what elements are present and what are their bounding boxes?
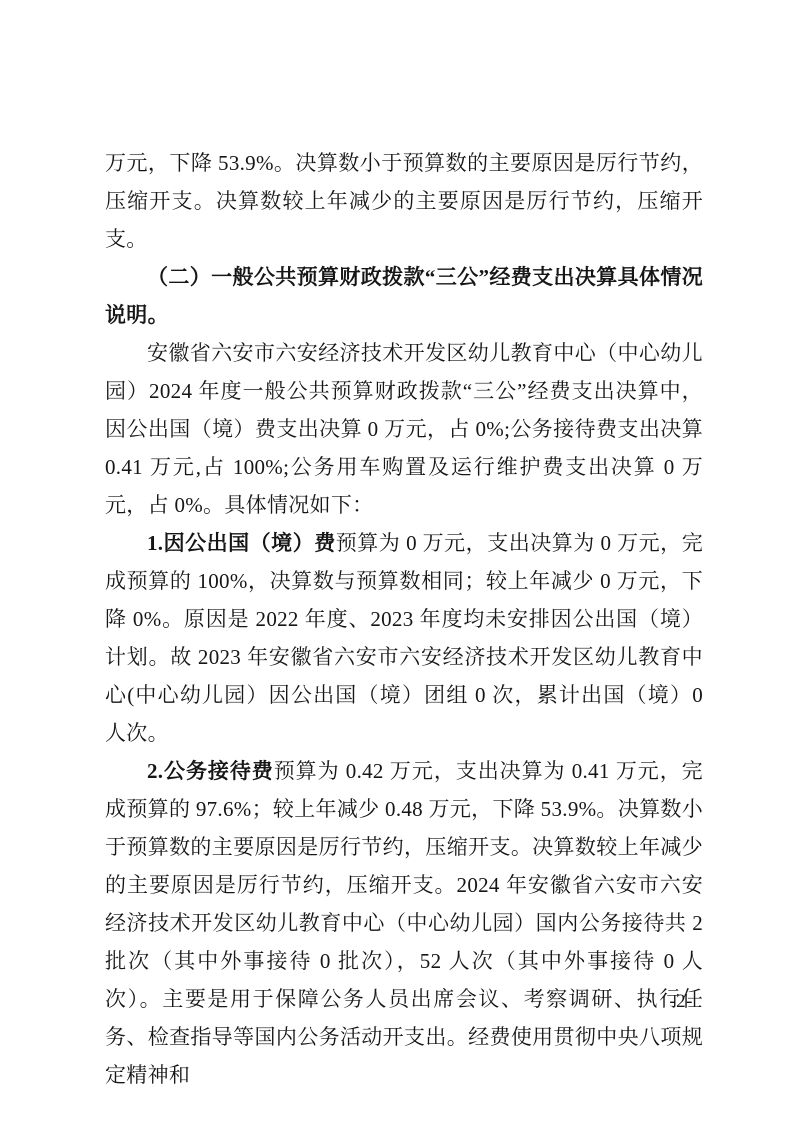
paragraph-item-2: 2.公务接待费预算为 0.42 万元，支出决算为 0.41 万元，完成预算的 9… — [105, 752, 703, 1094]
paragraph-continuation: 万元，下降 53.9%。决算数小于预算数的主要原因是厉行节约，压缩开支。决算数较… — [105, 144, 703, 258]
section-heading: （二）一般公共预算财政拨款“三公”经费支出决算具体情况说明。 — [105, 258, 703, 334]
paragraph-text: 安徽省六安市六安经济技术开发区幼儿教育中心（中心幼儿园）2024 年度一般公共预… — [105, 341, 703, 517]
page-number: -2- — [669, 990, 693, 1014]
paragraph-text: 万元，下降 53.9%。决算数小于预算数的主要原因是厉行节约，压缩开支。决算数较… — [105, 151, 703, 251]
section-heading-text: （二）一般公共预算财政拨款“三公”经费支出决算具体情况说明。 — [105, 265, 703, 327]
paragraph-text: 预算为 0 万元，支出决算为 0 万元，完成预算的 100%，决算数与预算数相同… — [105, 531, 703, 745]
paragraph-overview: 安徽省六安市六安经济技术开发区幼儿教育中心（中心幼儿园）2024 年度一般公共预… — [105, 334, 703, 524]
document-page: 万元，下降 53.9%。决算数小于预算数的主要原因是厉行节约，压缩开支。决算数较… — [0, 0, 793, 1122]
item-2-lead: 2.公务接待费 — [147, 759, 274, 783]
paragraph-item-1: 1.因公出国（境）费预算为 0 万元，支出决算为 0 万元，完成预算的 100%… — [105, 524, 703, 752]
paragraph-text: 预算为 0.42 万元，支出决算为 0.41 万元，完成预算的 97.6%；较上… — [105, 759, 703, 1087]
document-body: 万元，下降 53.9%。决算数小于预算数的主要原因是厉行节约，压缩开支。决算数较… — [105, 144, 703, 1094]
item-1-lead: 1.因公出国（境）费 — [147, 531, 336, 555]
